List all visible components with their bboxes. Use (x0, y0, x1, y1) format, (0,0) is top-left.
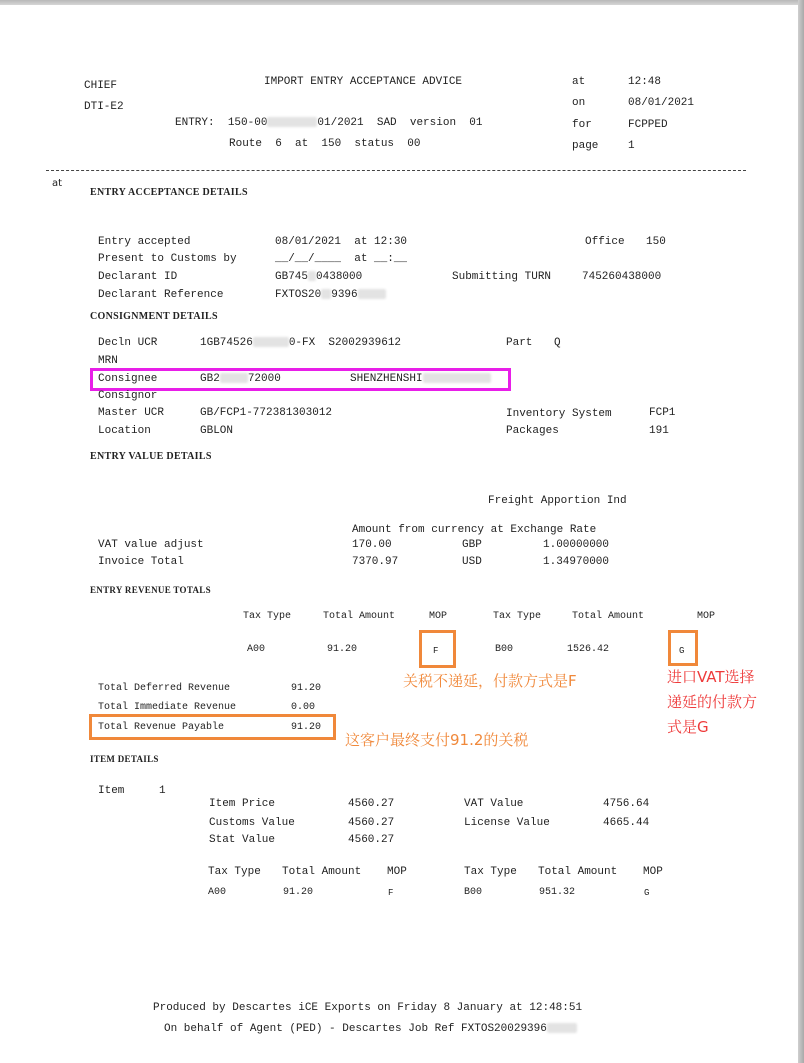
decln-ucr-start: 1GB74526 (200, 337, 253, 349)
time-label: at (572, 76, 585, 89)
rev-header-amount-1: Total Amount (323, 610, 395, 623)
consignee-id-start: GB2 (200, 373, 220, 385)
vat-annotation-line-1: 进口VAT选择 (667, 667, 755, 688)
header-divider (46, 170, 746, 171)
item-price-label: Item Price (209, 798, 275, 811)
decln-ucr-end: 0-FX S2002939612 (289, 337, 401, 349)
redacted-decln-ucr (253, 337, 289, 347)
vat-adjust-rate: 1.00000000 (543, 539, 609, 552)
redacted-declarant-ref-mid (321, 289, 331, 299)
declarant-id-start: GB745 (275, 271, 308, 283)
packages-label: Packages (506, 425, 559, 438)
entry-accepted-value: 08/01/2021 at 12:30 (275, 236, 407, 249)
rev-amount-b00: 1526.42 (567, 643, 609, 656)
entry-number-end: 01/2021 (317, 117, 363, 129)
version-label: version (410, 117, 456, 129)
location-label: Location (98, 425, 151, 438)
page-number: 1 (628, 140, 635, 153)
rev-header-tax-type-2: Tax Type (493, 610, 541, 623)
invoice-total-rate: 1.34970000 (543, 556, 609, 569)
produced-by-line: Produced by Descartes iCE Exports on Fri… (153, 1002, 582, 1015)
rev-tax-type-b00: B00 (495, 643, 513, 656)
mrn-label: MRN (98, 355, 118, 368)
redacted-declarant-id (308, 271, 316, 281)
customs-value-label: Customs Value (209, 817, 295, 830)
item-header-amount-1: Total Amount (282, 866, 361, 879)
value-columns-header: Amount from currency at Exchange Rate (352, 524, 596, 537)
on-behalf-text: On behalf of Agent (PED) - Descartes Job… (164, 1023, 547, 1035)
entry-label: ENTRY: (175, 117, 215, 129)
stat-value-value: 4560.27 (348, 834, 394, 847)
part-value: Q (554, 337, 561, 350)
present-value: __/__/____ at __:__ (275, 253, 407, 266)
time-value: 12:48 (628, 76, 661, 89)
master-ucr-label: Master UCR (98, 407, 164, 420)
item-header-amount-2: Total Amount (538, 866, 617, 879)
deferred-revenue-label: Total Deferred Revenue (98, 682, 230, 695)
license-value-value: 4665.44 (603, 817, 649, 830)
inventory-value: FCP1 (649, 407, 675, 420)
declarant-ref-value: FXTOS209396 (275, 289, 386, 302)
item-amount-b00: 951.32 (539, 886, 575, 899)
payable-revenue-label: Total Revenue Payable (98, 721, 224, 734)
item-header-mop-1: MOP (387, 866, 407, 879)
consignee-label: Consignee (98, 373, 157, 386)
item-tax-type-a00: A00 (208, 886, 226, 899)
redacted-consignee-name (423, 373, 491, 383)
date-label: on (572, 97, 585, 110)
rev-header-tax-type-1: Tax Type (243, 610, 291, 623)
decln-ucr-value: 1GB745260-FX S2002939612 (200, 337, 401, 350)
customs-value-value: 4560.27 (348, 817, 394, 830)
rev-header-mop-1: MOP (429, 610, 447, 623)
section-title-value: ENTRY VALUE DETAILS (90, 450, 212, 463)
item-number: 1 (159, 785, 166, 798)
for-label: for (572, 119, 592, 132)
consignee-name-text: SHENZHENSHI (350, 373, 423, 385)
for-value: FCPPED (628, 119, 668, 132)
date-value: 08/01/2021 (628, 97, 694, 110)
entry-accepted-label: Entry accepted (98, 236, 190, 249)
redacted-consignee-id (220, 373, 248, 383)
vat-annotation-line-2: 递延的付款方 (667, 692, 757, 713)
immediate-revenue-label: Total Immediate Revenue (98, 701, 236, 714)
item-tax-type-b00: B00 (464, 886, 482, 899)
inventory-label: Inventory System (506, 408, 612, 421)
rev-tax-type-a00: A00 (247, 643, 265, 656)
rev-header-amount-2: Total Amount (572, 610, 644, 623)
turn-label: Submitting TURN (452, 271, 551, 284)
page-right-shadow (798, 0, 804, 1063)
decln-ucr-label: Decln UCR (98, 337, 157, 350)
rev-header-mop-2: MOP (697, 610, 715, 623)
packages-value: 191 (649, 425, 669, 438)
entry-line: ENTRY: 150-0001/2021 SAD version 01 (175, 117, 482, 130)
rev-amount-a00: 91.20 (327, 643, 357, 656)
redacted-declarant-ref-tail (358, 289, 386, 299)
present-label: Present to Customs by (98, 253, 237, 266)
entry-number-start: 150-00 (228, 117, 268, 129)
page-label: page (572, 140, 598, 153)
rev-mop-b00: G (679, 645, 684, 658)
master-ucr-value: GB/FCP1-772381303012 (200, 407, 332, 420)
consignee-name: SHENZHENSHI (350, 373, 491, 386)
section-title-acceptance: ENTRY ACCEPTANCE DETAILS (90, 186, 248, 199)
item-header-tax-type-2: Tax Type (464, 866, 517, 879)
freight-apportion-label: Freight Apportion Ind (488, 495, 627, 508)
page-top-shadow (0, 0, 804, 5)
dti-code: DTI-E2 (84, 101, 124, 114)
stray-at-text: at (52, 177, 62, 190)
item-mop-b00: G (644, 887, 649, 900)
stat-value-label: Stat Value (209, 834, 275, 847)
declarant-id-label: Declarant ID (98, 271, 177, 284)
duty-payment-annotation: 关税不递延，付款方式是F (403, 671, 577, 692)
item-price-value: 4560.27 (348, 798, 394, 811)
declarant-ref-label: Declarant Reference (98, 289, 223, 302)
location-value: GBLON (200, 425, 233, 438)
invoice-total-currency: USD (462, 556, 482, 569)
payable-revenue-value: 91.20 (291, 721, 321, 734)
vat-annotation-line-3: 式是G (667, 717, 709, 738)
system-name: CHIEF (84, 80, 117, 93)
consignor-label: Consignor (98, 390, 157, 403)
declarant-ref-start: FXTOS20 (275, 289, 321, 301)
item-header-mop-2: MOP (643, 866, 663, 879)
redacted-entry-number (267, 117, 317, 127)
payable-annotation: 这客户最终支付91.2的关税 (345, 730, 528, 751)
part-label: Part (506, 337, 532, 350)
turn-value: 745260438000 (582, 271, 661, 284)
consignee-id: GB272000 (200, 373, 281, 386)
section-title-items: ITEM DETAILS (90, 753, 159, 766)
license-value-label: License Value (464, 817, 550, 830)
vat-adjust-currency: GBP (462, 539, 482, 552)
document-title: IMPORT ENTRY ACCEPTANCE ADVICE (264, 76, 462, 89)
consignee-id-end: 72000 (248, 373, 281, 385)
rev-mop-a00: F (433, 645, 438, 658)
item-header-tax-type-1: Tax Type (208, 866, 261, 879)
invoice-total-amount: 7370.97 (352, 556, 398, 569)
declarant-id-end: 0438000 (316, 271, 362, 283)
vat-adjust-label: VAT value adjust (98, 539, 204, 552)
section-title-revenue: ENTRY REVENUE TOTALS (90, 584, 211, 597)
version-value: 01 (469, 117, 482, 129)
vat-value-value: 4756.64 (603, 798, 649, 811)
redacted-job-ref (547, 1023, 577, 1033)
office-label: Office (585, 236, 625, 249)
item-mop-a00: F (388, 887, 393, 900)
deferred-revenue-value: 91.20 (291, 682, 321, 695)
item-label: Item (98, 785, 124, 798)
route-line: Route 6 at 150 status 00 (229, 138, 420, 151)
office-value: 150 (646, 236, 666, 249)
immediate-revenue-value: 0.00 (291, 701, 315, 714)
entry-type: SAD (377, 117, 397, 129)
declarant-ref-end: 9396 (331, 289, 357, 301)
vat-value-label: VAT Value (464, 798, 523, 811)
section-title-consignment: CONSIGNMENT DETAILS (90, 310, 218, 323)
on-behalf-line: On behalf of Agent (PED) - Descartes Job… (164, 1023, 577, 1036)
item-amount-a00: 91.20 (283, 886, 313, 899)
vat-adjust-amount: 170.00 (352, 539, 392, 552)
declarant-id-value: GB7450438000 (275, 271, 362, 284)
invoice-total-label: Invoice Total (98, 556, 184, 569)
